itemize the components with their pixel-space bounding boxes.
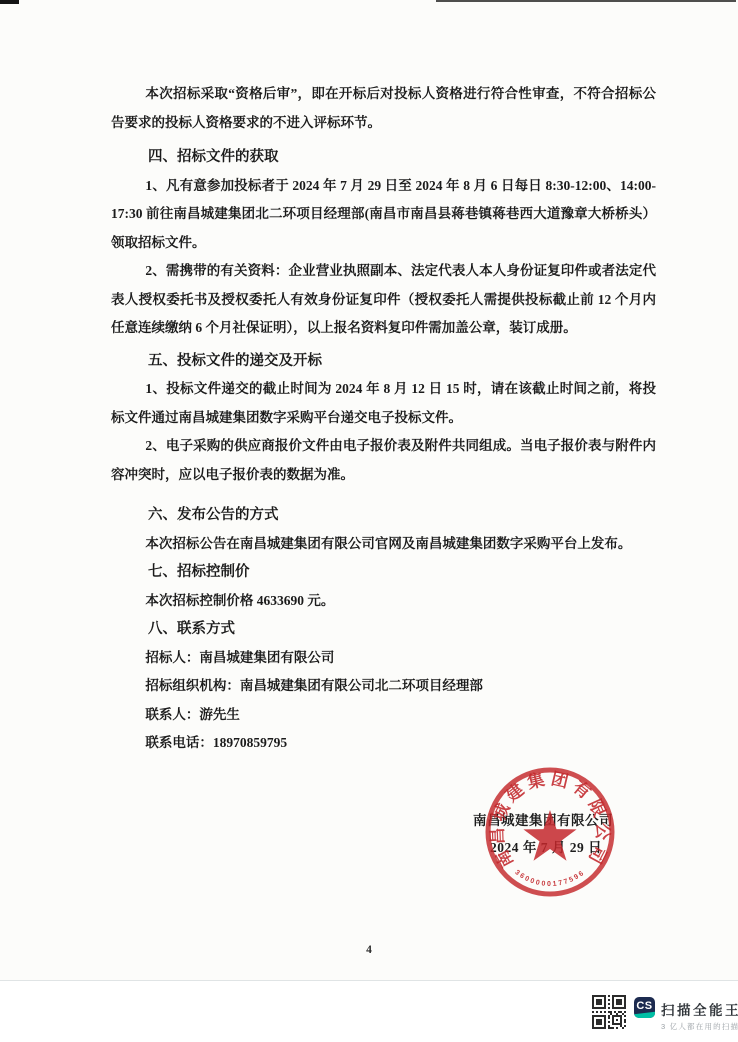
company-seal-stamp: 南昌城建集团有限公司 3600000177596 <box>482 764 618 900</box>
scan-edge-artifact-topline <box>436 0 736 2</box>
camscanner-app-name: 扫描全能王 <box>661 999 738 1019</box>
section-5-paragraph-2: 2、电子采购的供应商报价文件由电子报价表及附件共同组成。当电子报价表与附件内容冲… <box>111 432 656 489</box>
section-heading-6: 六、发布公告的方式 <box>111 501 656 530</box>
stamp-star-icon <box>523 810 576 861</box>
section-heading-8: 八、联系方式 <box>111 615 656 644</box>
intro-paragraph: 本次招标采取“资格后审”，即在开标后对投标人资格进行符合性审查，不符合招标公告要… <box>111 80 656 137</box>
stamp-serial-number: 3600000177596 <box>513 869 586 888</box>
scan-edge-artifact-topleft <box>0 0 19 4</box>
camscanner-logo-accent <box>634 1011 655 1018</box>
svg-text:3600000177596: 3600000177596 <box>513 869 586 888</box>
contact-organizer-line: 招标组织机构：南昌城建集团有限公司北二环项目经理部 <box>111 672 656 701</box>
camscanner-tagline: 3 亿人都在用的扫描App <box>661 1021 738 1032</box>
contact-person-line: 联系人：游先生 <box>111 701 656 730</box>
qr-code <box>592 995 626 1029</box>
section-heading-7: 七、招标控制价 <box>111 558 656 587</box>
scanned-page: 本次招标采取“资格后审”，即在开标后对投标人资格进行符合性审查，不符合招标公告要… <box>0 0 738 981</box>
section-7-paragraph-1: 本次招标控制价格 4633690 元。 <box>111 587 656 616</box>
section-6-paragraph-1: 本次招标公告在南昌城建集团有限公司官网及南昌城建集团数字采购平台上发布。 <box>111 530 656 559</box>
contact-tenderer-line: 招标人：南昌城建集团有限公司 <box>111 644 656 673</box>
section-4-paragraph-1: 1、凡有意参加投标者于 2024 年 7 月 29 日至 2024 年 8 月 … <box>111 172 656 258</box>
document-body: 本次招标采取“资格后审”，即在开标后对投标人资格进行符合性审查，不符合招标公告要… <box>111 80 656 758</box>
camscanner-logo-text: CS <box>636 1000 652 1012</box>
camscanner-logo: CS <box>634 997 655 1018</box>
page-number: 4 <box>0 944 738 956</box>
section-5-paragraph-1: 1、投标文件递交的截止时间为 2024 年 8 月 12 日 15 时，请在该截… <box>111 375 656 432</box>
section-4-paragraph-2: 2、需携带的有关资料：企业营业执照副本、法定代表人本人身份证复印件或者法定代表人… <box>111 257 656 343</box>
contact-phone-line: 联系电话：18970859795 <box>111 729 656 758</box>
section-heading-5: 五、投标文件的递交及开标 <box>111 347 656 376</box>
scanned-document-screen: 本次招标采取“资格后审”，即在开标后对投标人资格进行符合性审查，不符合招标公告要… <box>0 0 738 1042</box>
section-heading-4: 四、招标文件的获取 <box>111 143 656 172</box>
